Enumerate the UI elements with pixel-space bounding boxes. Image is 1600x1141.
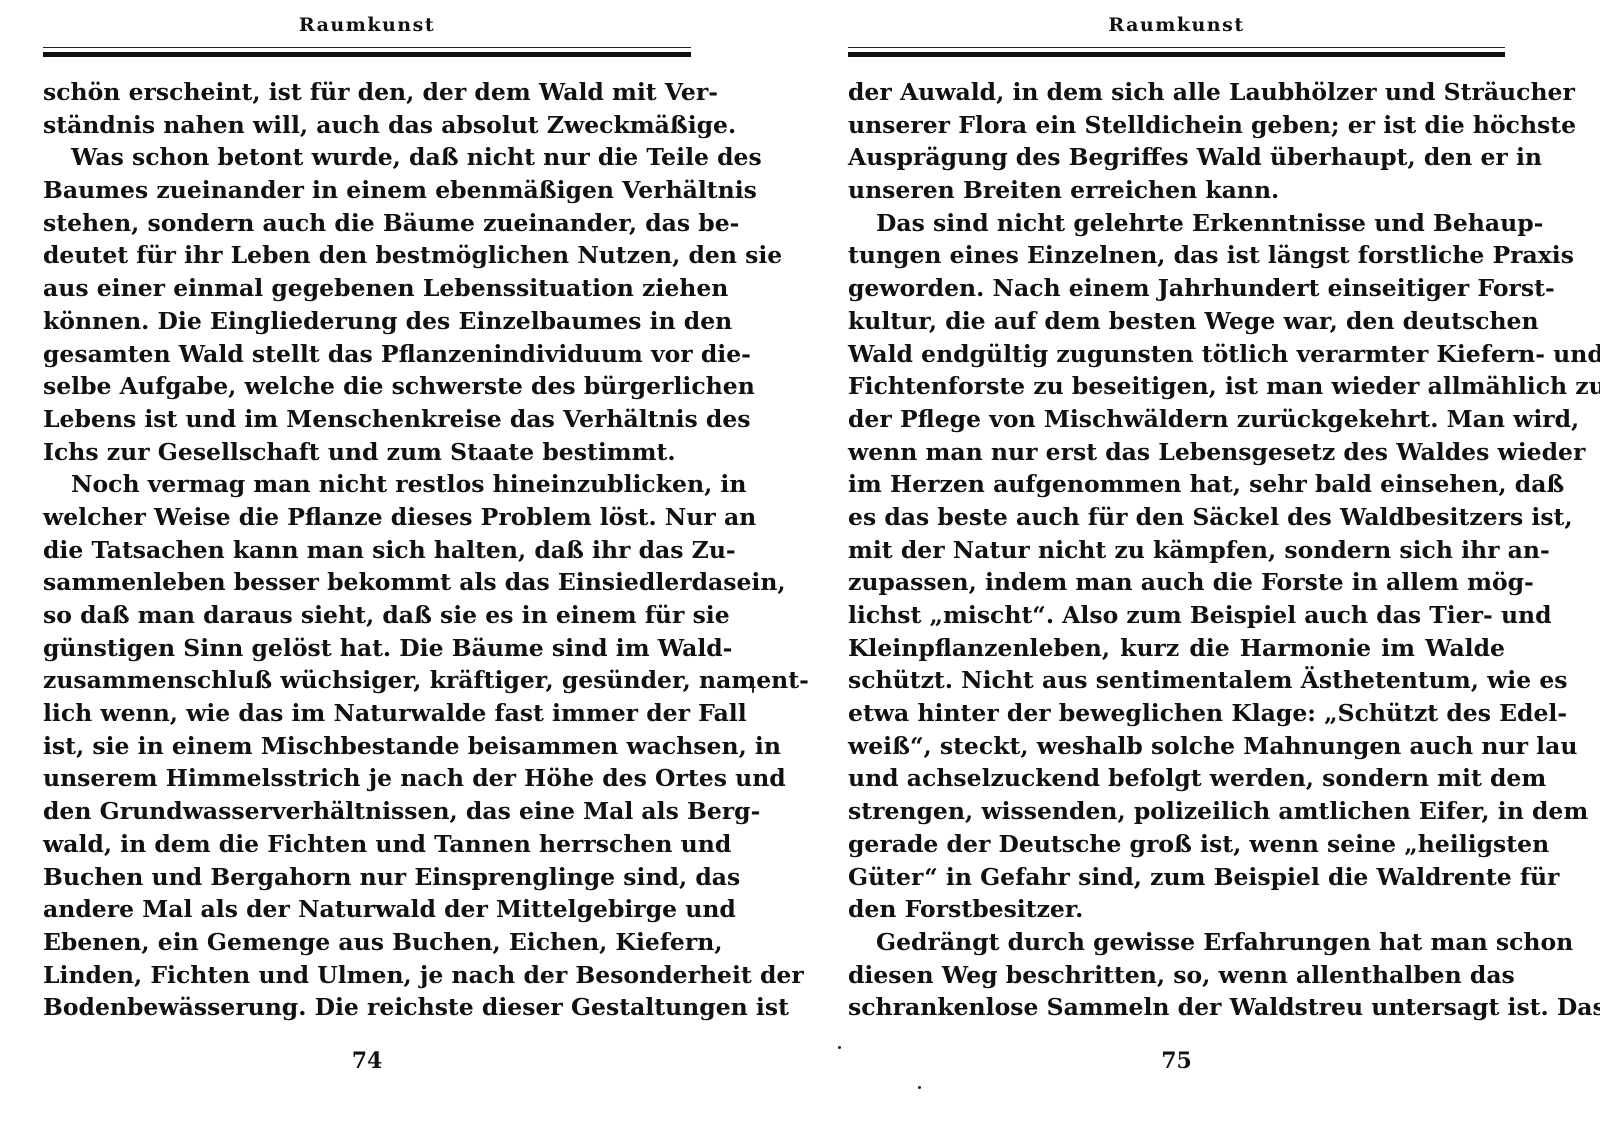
text-line: lichst „mischt“. Also zum Beispiel auch … <box>848 599 1505 632</box>
text-line: wald, in dem die Fichten und Tannen herr… <box>43 828 691 861</box>
text-line: der Auwald, in dem sich alle Laubhölzer … <box>848 76 1505 109</box>
header-rule-thick <box>43 52 691 57</box>
text-line: Ausprägung des Begriffes Wald überhaupt,… <box>848 141 1505 174</box>
text-line: zusammenschluß wüchsiger, kräftiger, ges… <box>43 664 691 697</box>
body-text: der Auwald, in dem sich alle Laubhölzer … <box>848 76 1505 1024</box>
text-line: Wald endgültig zugunsten tötlich verarmt… <box>848 338 1505 371</box>
text-line: Buchen und Bergahorn nur Einsprenglinge … <box>43 861 691 894</box>
scan-speck <box>918 1086 921 1089</box>
text-line: den Forstbesitzer. <box>848 893 1505 926</box>
page-number: 74 <box>43 1048 691 1074</box>
text-line: können. Die Eingliederung des Einzelbaum… <box>43 305 691 338</box>
text-line: Was schon betont wurde, daß nicht nur di… <box>43 141 691 174</box>
body-text: schön erscheint, ist für den, der dem Wa… <box>43 76 691 1024</box>
text-line: Das sind nicht gelehrte Erkenntnisse und… <box>848 207 1505 240</box>
text-line: lich wenn, wie das im Naturwalde fast im… <box>43 697 691 730</box>
text-line: und achselzuckend befolgt werden, sonder… <box>848 762 1505 795</box>
running-head: Raumkunst <box>43 14 691 36</box>
scan-speck <box>752 683 754 693</box>
text-line: schön erscheint, ist für den, der dem Wa… <box>43 76 691 109</box>
text-line: unseren Breiten erreichen kann. <box>848 174 1505 207</box>
text-line: zupassen, indem man auch die Forste in a… <box>848 566 1505 599</box>
text-line: selbe Aufgabe, welche die schwerste des … <box>43 370 691 403</box>
text-line: Baumes zueinander in einem ebenmäßigen V… <box>43 174 691 207</box>
text-line: den Grundwasserverhältnissen, das eine M… <box>43 795 691 828</box>
text-line: Ebenen, ein Gemenge aus Buchen, Eichen, … <box>43 926 691 959</box>
text-line: deutet für ihr Leben den bestmöglichen N… <box>43 239 691 272</box>
text-line: gesamten Wald stellt das Pflanzenindivid… <box>43 338 691 371</box>
text-line: schrankenlose Sammeln der Waldstreu unte… <box>848 991 1505 1024</box>
header-rule-thin <box>43 47 691 48</box>
text-line: ist, sie in einem Mischbestande beisamme… <box>43 730 691 763</box>
text-line: Kleinpflanzenleben, kurz die Harmonie im… <box>848 632 1505 665</box>
text-line: geworden. Nach einem Jahrhundert einseit… <box>848 272 1505 305</box>
text-line: Fichtenforste zu beseitigen, ist man wie… <box>848 370 1505 403</box>
text-line: ständnis nahen will, auch das absolut Zw… <box>43 109 691 142</box>
text-line: schützt. Nicht aus sentimentalem Ästhete… <box>848 664 1505 697</box>
page-number: 75 <box>848 1048 1505 1074</box>
header-rule-thin <box>848 47 1505 48</box>
text-line: sammenleben besser bekommt als das Einsi… <box>43 566 691 599</box>
text-line: weiß“, steckt, weshalb solche Mahnungen … <box>848 730 1505 763</box>
text-line: Gedrängt durch gewisse Erfahrungen hat m… <box>848 926 1505 959</box>
text-line: tungen eines Einzelnen, das ist längst f… <box>848 239 1505 272</box>
text-line: Lebens ist und im Menschenkreise das Ver… <box>43 403 691 436</box>
text-line: diesen Weg beschritten, so, wenn allenth… <box>848 959 1505 992</box>
text-line: Linden, Fichten und Ulmen, je nach der B… <box>43 959 691 992</box>
right-page: Raumkunst der Auwald, in dem sich alle L… <box>848 0 1505 1141</box>
text-line: der Pflege von Mischwäldern zurückgekehr… <box>848 403 1505 436</box>
text-line: mit der Natur nicht zu kämpfen, sondern … <box>848 534 1505 567</box>
running-head: Raumkunst <box>848 14 1505 36</box>
header-rule-thick <box>848 52 1505 57</box>
text-line: unserer Flora ein Stelldichein geben; er… <box>848 109 1505 142</box>
left-page: Raumkunst schön erscheint, ist für den, … <box>43 0 691 1141</box>
text-line: stehen, sondern auch die Bäume zueinande… <box>43 207 691 240</box>
text-line: etwa hinter der beweglichen Klage: „Schü… <box>848 697 1505 730</box>
text-line: kultur, die auf dem besten Wege war, den… <box>848 305 1505 338</box>
text-line: aus einer einmal gegebenen Lebenssituati… <box>43 272 691 305</box>
text-line: so daß man daraus sieht, daß sie es in e… <box>43 599 691 632</box>
text-line: andere Mal als der Naturwald der Mittelg… <box>43 893 691 926</box>
text-line: gerade der Deutsche groß ist, wenn seine… <box>848 828 1505 861</box>
text-line: die Tatsachen kann man sich halten, daß … <box>43 534 691 567</box>
text-line: günstigen Sinn gelöst hat. Die Bäume sin… <box>43 632 691 665</box>
text-line: welcher Weise die Pflanze dieses Problem… <box>43 501 691 534</box>
text-line: im Herzen aufgenommen hat, sehr bald ein… <box>848 468 1505 501</box>
text-line: es das beste auch für den Säckel des Wal… <box>848 501 1505 534</box>
text-line: Ichs zur Gesellschaft und zum Staate bes… <box>43 436 691 469</box>
text-line: Güter“ in Gefahr sind, zum Beispiel die … <box>848 861 1505 894</box>
text-line: wenn man nur erst das Lebensgesetz des W… <box>848 436 1505 469</box>
text-line: Noch vermag man nicht restlos hineinzubl… <box>43 468 691 501</box>
text-line: strengen, wissenden, polizeilich amtlich… <box>848 795 1505 828</box>
scan-speck <box>838 1046 841 1049</box>
text-line: unserem Himmelsstrich je nach der Höhe d… <box>43 762 691 795</box>
text-line: Bodenbewässerung. Die reichste dieser Ge… <box>43 991 691 1024</box>
